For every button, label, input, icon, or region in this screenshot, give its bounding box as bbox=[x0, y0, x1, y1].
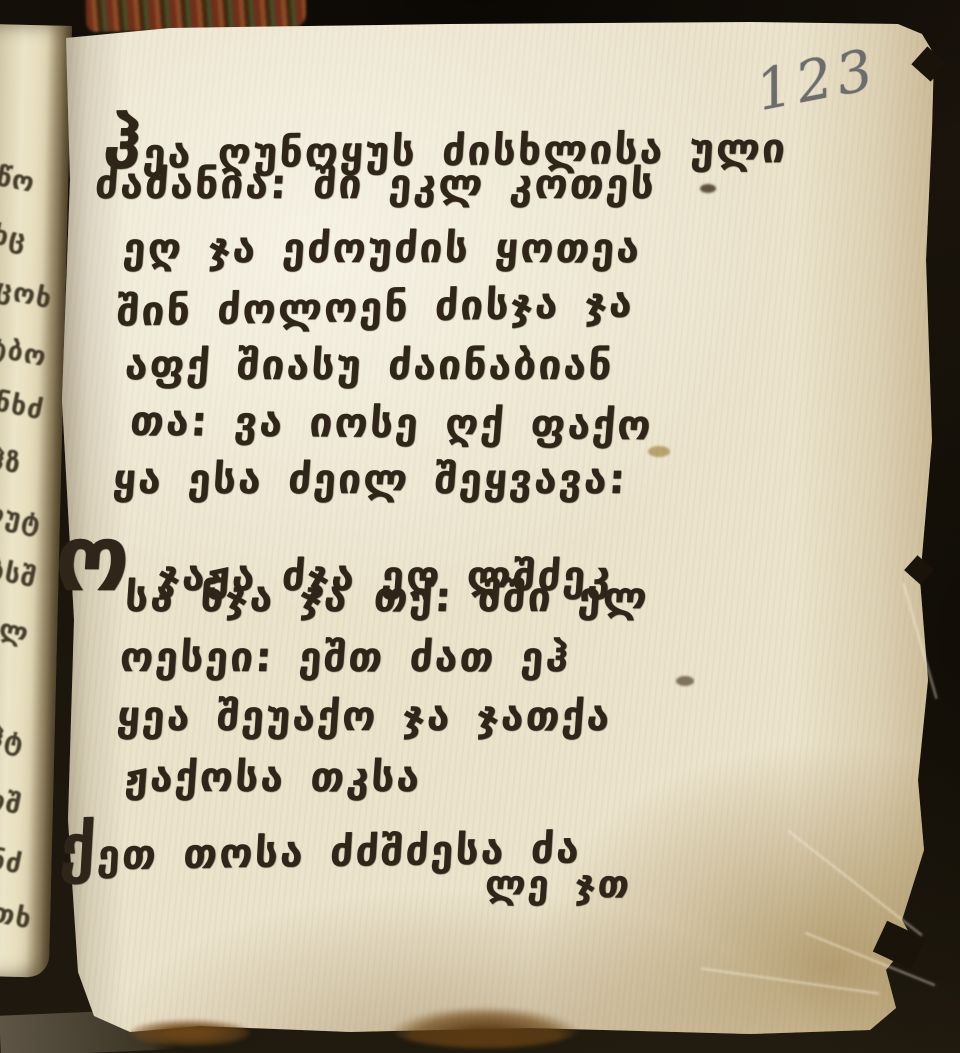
manuscript-line: ჟაქოსა თკსა bbox=[123, 753, 423, 801]
ink-speck bbox=[648, 446, 670, 457]
ink-speck bbox=[700, 184, 716, 193]
manuscript-line: აფქ შიასუ ძაინაბიან bbox=[123, 341, 615, 389]
stain bbox=[130, 1020, 250, 1046]
facing-page-text-fragment: ალ bbox=[0, 610, 32, 649]
facing-page-text-fragment: ღუტ bbox=[0, 497, 44, 539]
manuscript-photo: წო ხც ცოხ ტბო ნხძ ჰზ ღუტ ბსშ ალ ჰტ ოშ ნძ… bbox=[0, 0, 960, 1053]
manuscript-line: სა ნჯა ჯა თქ: შში ელ bbox=[123, 573, 650, 621]
facing-page-text-fragment: წო bbox=[0, 161, 38, 199]
manuscript-line: თა: ვა იოსე ღქ ფაქო bbox=[128, 397, 654, 450]
facing-page-text-fragment: ნხძ bbox=[0, 386, 46, 426]
facing-page-text-fragment: ტბო bbox=[0, 331, 50, 373]
manuscript-line: ეღ ჯა ეძოუძის ყოთეა bbox=[121, 224, 642, 272]
facing-page-text-fragment: ოშ bbox=[0, 783, 25, 821]
manuscript-line: ყა ესა ძეილ შეყვავა: bbox=[111, 455, 628, 503]
facing-page-text-fragment: ცოხ bbox=[0, 274, 55, 316]
manuscript-line: შინ ძოლოენ ძისჯა ჯა bbox=[115, 278, 635, 335]
stain bbox=[390, 1008, 580, 1048]
facing-page-text-fragment: ხც bbox=[0, 219, 30, 256]
facing-page-text-fragment: ჰტ bbox=[0, 721, 27, 758]
facing-page-text-fragment: ჰზ bbox=[0, 444, 24, 481]
facing-page-text-fragment: ბსშ bbox=[0, 554, 40, 594]
manuscript-line: ლე ჯთ bbox=[483, 862, 632, 906]
facing-page-text-fragment: თხ bbox=[0, 897, 35, 935]
manuscript-line: ყეა შეუაქო ჯა ჯათქა bbox=[115, 692, 613, 740]
ink-speck bbox=[676, 676, 694, 686]
manuscript-line: ოესეი: ეშთ ძათ ეჰ bbox=[118, 633, 572, 681]
facing-page-text-fragment: ნძ bbox=[0, 844, 25, 881]
manuscript-line: ძაძანია: ში ეკლ კოთეს bbox=[93, 160, 657, 208]
